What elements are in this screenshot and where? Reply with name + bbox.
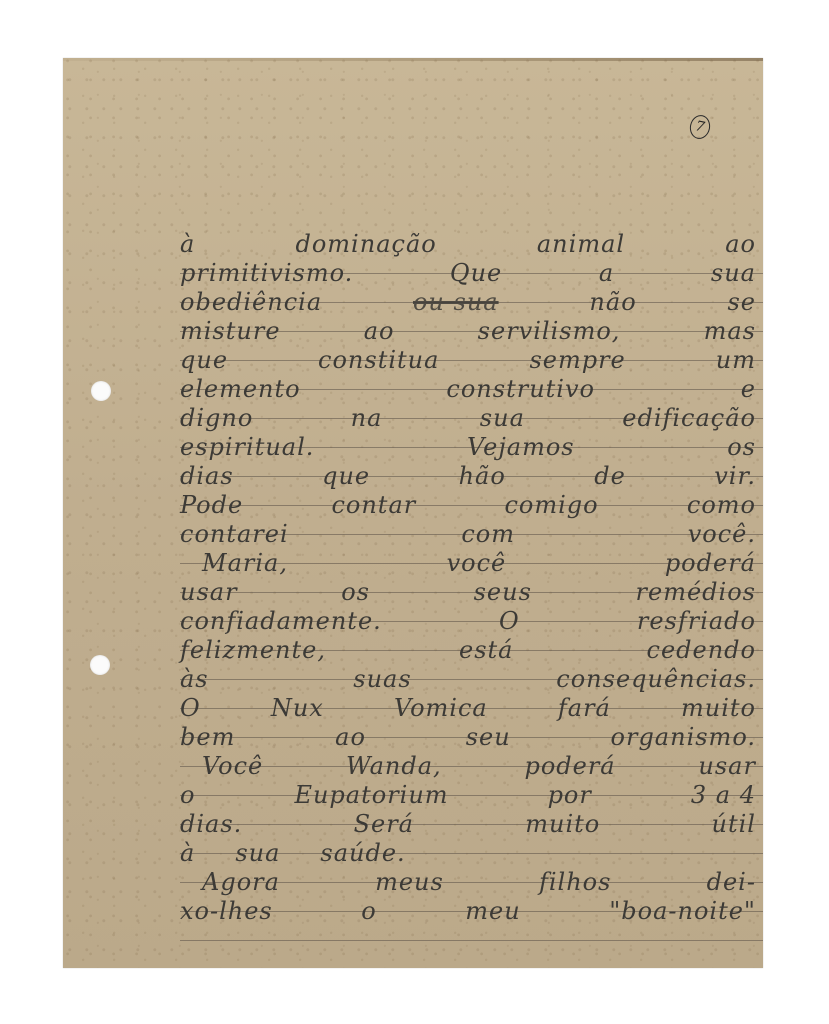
handwritten-word: confiadamente. [180,607,382,636]
handwritten-word: meu [465,897,520,926]
handwritten-word: o [180,781,195,810]
handwritten-word: vir. [714,462,756,491]
handwritten-word: meus [375,868,444,897]
handwritten-line: dias.Serámuitoútil [180,810,760,839]
handwritten-line: felizmente,estácedendo [180,636,760,665]
handwritten-line: primitivismo.Queasua [180,259,760,288]
handwritten-line: usarosseusremédios [180,578,760,607]
binder-hole-top [91,381,111,401]
handwritten-word: contar [331,491,416,520]
handwritten-word: dominação [295,230,436,259]
handwritten-word: animal [537,230,625,259]
handwritten-word: O [499,607,520,636]
handwritten-word: poderá [524,752,615,781]
handwritten-word: sua [235,839,280,868]
page-number: 7 [688,113,713,141]
handwritten-line: Maria,vocêpoderá [180,549,760,578]
handwritten-word: obediência [180,288,322,317]
handwritten-word: e [741,375,756,404]
handwritten-word: constitua [318,346,439,375]
handwritten-word: felizmente, [180,636,326,665]
handwritten-word: remédios [636,578,756,607]
handwritten-word: os [341,578,370,607]
handwritten-line: àdominaçãoanimalao [180,230,760,259]
handwritten-word: misture [180,317,281,346]
handwritten-line: elementoconstrutivoe [180,375,760,404]
manuscript-page: 7 àdominaçãoanimalaoprimitivismo.Queasua… [63,58,763,968]
handwritten-word: por [548,781,592,810]
handwritten-word: sempre [529,346,625,375]
handwritten-word: Será [354,810,414,839]
handwritten-line: Podecontarcomigocomo [180,491,760,520]
handwritten-line: mistureaoservilismo,mas [180,317,760,346]
handwritten-word: cedendo [647,636,756,665]
handwritten-word: está [459,636,513,665]
handwritten-line: ONuxVomicafarámuito [180,694,760,723]
handwritten-word: seu [466,723,511,752]
handwritten-line: confiadamente.Oresfriado [180,607,760,636]
handwritten-word: você. [688,520,756,549]
handwritten-word: muito [681,694,756,723]
handwritten-line: queconstituasempreum [180,346,760,375]
handwritten-word: muito [525,810,600,839]
handwritten-word: primitivismo. [180,259,353,288]
handwritten-word: usar [180,578,238,607]
handwritten-word: útil [712,810,756,839]
handwritten-word: não [589,288,636,317]
handwritten-word: usar [698,752,756,781]
handwritten-word: O [180,694,201,723]
handwritten-word: à [180,230,195,259]
handwritten-word: digno [180,404,253,433]
handwritten-word: às [180,665,209,694]
handwritten-line: àssuasconsequências. [180,665,760,694]
handwritten-word: Que [450,259,502,288]
handwritten-line: obediênciaou suanãose [180,288,760,317]
handwritten-word: dei- [707,868,756,897]
handwritten-word: ao [725,230,756,259]
handwritten-word: ao [335,723,366,752]
handwritten-word: dias. [180,810,242,839]
handwritten-word: um [716,346,756,375]
handwritten-word: de [594,462,626,491]
handwritten-line: diasquehãodevir. [180,462,760,491]
handwritten-word: organismo. [611,723,756,752]
binder-hole-bottom [90,655,110,675]
handwritten-word: consequências. [556,665,756,694]
handwritten-word: sua [480,404,525,433]
handwritten-word: dias [180,462,234,491]
handwritten-word: "boa-noite" [609,897,756,926]
handwritten-word: como [687,491,756,520]
handwritten-word: fará [558,694,611,723]
handwritten-word: Vejamos [467,433,575,462]
handwritten-word: sua [711,259,756,288]
handwritten-word: suas [353,665,411,694]
handwritten-word: Você [202,752,263,781]
handwritten-line: àsuasaúde. [180,839,760,868]
handwritten-word: Agora [202,868,280,897]
handwritten-word: contarei [180,520,289,549]
handwritten-word: na [351,404,383,433]
handwritten-line: contareicomvocê. [180,520,760,549]
handwritten-word: edificação [622,404,756,433]
handwritten-text: àdominaçãoanimalaoprimitivismo.Queasuaob… [180,230,760,926]
handwritten-word: espiritual. [180,433,314,462]
handwritten-word: Vomica [394,694,488,723]
handwritten-word: construtivo [446,375,595,404]
handwritten-word: filhos [539,868,611,897]
handwritten-word: com [461,520,515,549]
handwritten-line: oEupatoriumpor3 a 4 [180,781,760,810]
handwritten-word: resfriado [637,607,756,636]
handwritten-line: bemaoseuorganismo. [180,723,760,752]
handwritten-word: seus [474,578,532,607]
handwritten-word: Wanda, [346,752,442,781]
struck-word: ou sua [413,288,499,317]
handwritten-line: xo-lhesomeu"boa-noite" [180,897,760,926]
handwritten-word: bem [180,723,235,752]
handwritten-word: xo-lhes [180,897,273,926]
handwritten-word: Nux [271,694,324,723]
handwritten-word: mas [704,317,756,346]
handwritten-word: a [599,259,614,288]
handwritten-word: hão [459,462,506,491]
handwritten-word: os [727,433,756,462]
handwritten-word: se [727,288,756,317]
handwritten-word: comigo [504,491,598,520]
handwritten-word: servilismo, [478,317,621,346]
handwritten-word: que [180,346,228,375]
handwritten-word: ao [364,317,395,346]
handwritten-word: o [361,897,376,926]
handwritten-word: Pode [180,491,243,520]
handwritten-word: poderá [665,549,756,578]
handwritten-word: você [447,549,507,578]
page-top-edge [63,58,763,61]
handwritten-word: elemento [180,375,301,404]
handwritten-line: dignonasuaedificação [180,404,760,433]
handwritten-word: Maria, [202,549,288,578]
handwritten-line: VocêWanda,poderáusar [180,752,760,781]
handwritten-word: 3 a 4 [691,781,756,810]
handwritten-word: que [322,462,370,491]
handwritten-word: à [180,839,195,868]
handwritten-line: Agorameusfilhosdei- [180,868,760,897]
handwritten-word: saúde. [320,839,405,868]
handwritten-word: Eupatorium [294,781,448,810]
handwritten-line: espiritual.Vejamosos [180,433,760,462]
